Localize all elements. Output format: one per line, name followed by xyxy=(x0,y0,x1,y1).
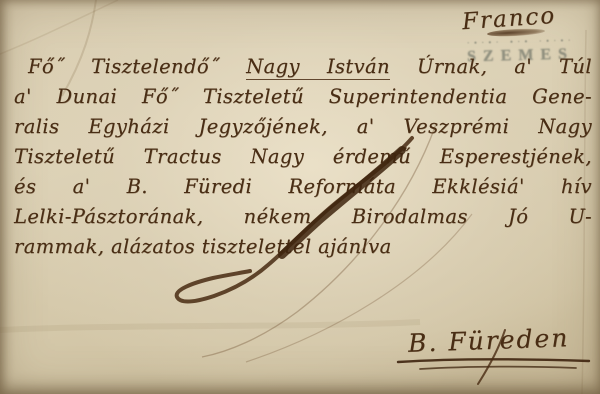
address-block: Fő˝ Tisztelendő˝ Nagy István Úrnak, a' T… xyxy=(14,52,592,262)
address-line: rammak, alázatos tisztelettel ajánlva xyxy=(14,232,592,262)
address-line: Lelki-Pásztorának, nékem Birodalmas Jó U… xyxy=(14,202,592,232)
address-line1-suffix: Úrnak, a' Túl xyxy=(390,55,592,78)
honorific-prefix: Fő˝ Tisztelendő˝ xyxy=(28,55,246,78)
addressee-name: Nagy István xyxy=(246,55,390,80)
letter-cover: ·•·•· •·• ·•·•· SZEMES Franco Fő˝ Tiszte… xyxy=(0,0,600,394)
address-line: a' Dunai Fő˝ Tiszteletű Superintendentia… xyxy=(14,82,592,112)
address-line: és a' B. Füredi Reformáta Ekklésiá' hív xyxy=(14,172,592,202)
address-line: ralis Egyházi Jegyzőjének, a' Veszprémi … xyxy=(14,112,592,142)
address-line: Tiszteletű Tractus Nagy érdemű Esperestj… xyxy=(14,142,592,172)
address-line: Fő˝ Tisztelendő˝ Nagy István Úrnak, a' T… xyxy=(14,52,592,82)
destination-note: B. Füreden xyxy=(408,323,570,358)
